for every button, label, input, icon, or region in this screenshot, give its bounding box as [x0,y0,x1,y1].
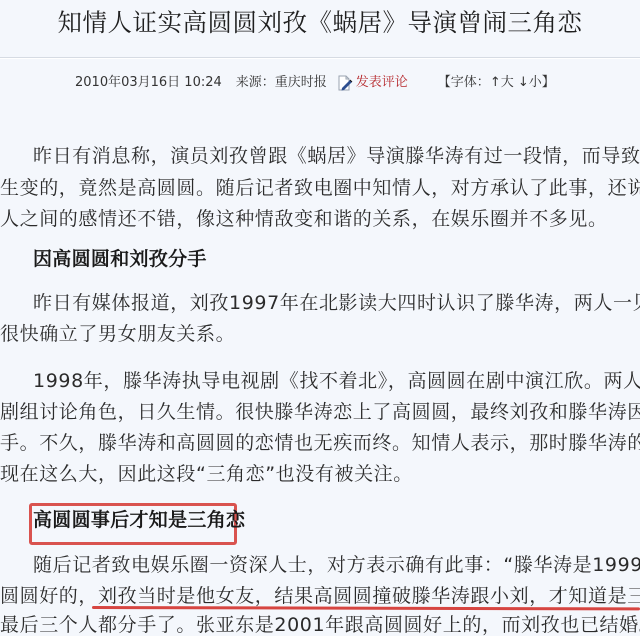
paragraph-line: 昨日有媒体报道，刘孜1997年在北影读大四时认识了滕华涛，两人一见钟情， [33,290,640,316]
title-separator [0,57,640,59]
font-smaller-button[interactable]: ↓小 [518,75,542,90]
subheading: 因高圆圆和刘孜分手 [33,246,207,272]
paragraph-line: 最后三个人都分手了。张亚东是2001年跟高圆圆好上的，而刘孜也已结婚。” [0,612,640,636]
paragraph-line: 现在这么大，因此这段“三角恋”也没有被关注。 [0,461,413,487]
post-comment-label: 发表评论 [356,74,408,92]
font-size-control: 【字体：↑大 ↓小】 [438,74,555,92]
paragraph-line: 很快确立了男女朋友关系。 [0,321,235,347]
paragraph-line: 随后记者致电娱乐圈一资深人士，对方表示确有此事：“滕华涛是1999年跟高 [33,552,640,578]
paragraph-line: 1998年，滕华涛执导电视剧《找不着北》，高圆圆在剧中演江欣。两人每天在 [33,368,640,394]
subheading: 高圆圆事后才知是三角恋 [33,507,245,533]
paragraph-line: 手。不久，滕华涛和高圆圆的恋情也无疾而终。知情人表示，那时滕华涛的名气还没 [0,430,640,456]
paragraph-line: 剧组讨论角色，日久生情。很快滕华涛恋上了高圆圆，最终刘孜和滕华涛因为此事分 [0,399,640,425]
article-meta: 2010年03月16日 10:24 来源：重庆时报 发表评论 【字体：↑大 ↓小… [75,74,555,92]
font-label-suffix: 】 [542,75,555,90]
paragraph-line: 人之间的感情还不错，像这种情敌变和谐的关系，在娱乐圈并不多见。 [0,206,608,232]
post-comment-link[interactable]: 发表评论 [337,74,408,92]
font-label-prefix: 【字体： [438,75,490,90]
paragraph-line: 生变的，竟然是高圆圆。随后记者致电圈中知情人，对方承认了此事，还说，如今三 [0,175,640,201]
highlight-underline [92,606,640,610]
font-larger-button[interactable]: ↑大 [490,75,514,90]
edit-pencil-icon [337,75,353,91]
paragraph-line: 昨日有消息称，演员刘孜曾跟《蜗居》导演滕华涛有过一段情，而导致这段感情 [33,143,640,169]
publish-date: 2010年03月16日 10:24 [75,74,222,92]
article-source: 来源：重庆时报 [236,74,327,92]
article-title: 知情人证实高圆圆刘孜《蜗居》导演曾闹三角恋 [0,6,640,40]
